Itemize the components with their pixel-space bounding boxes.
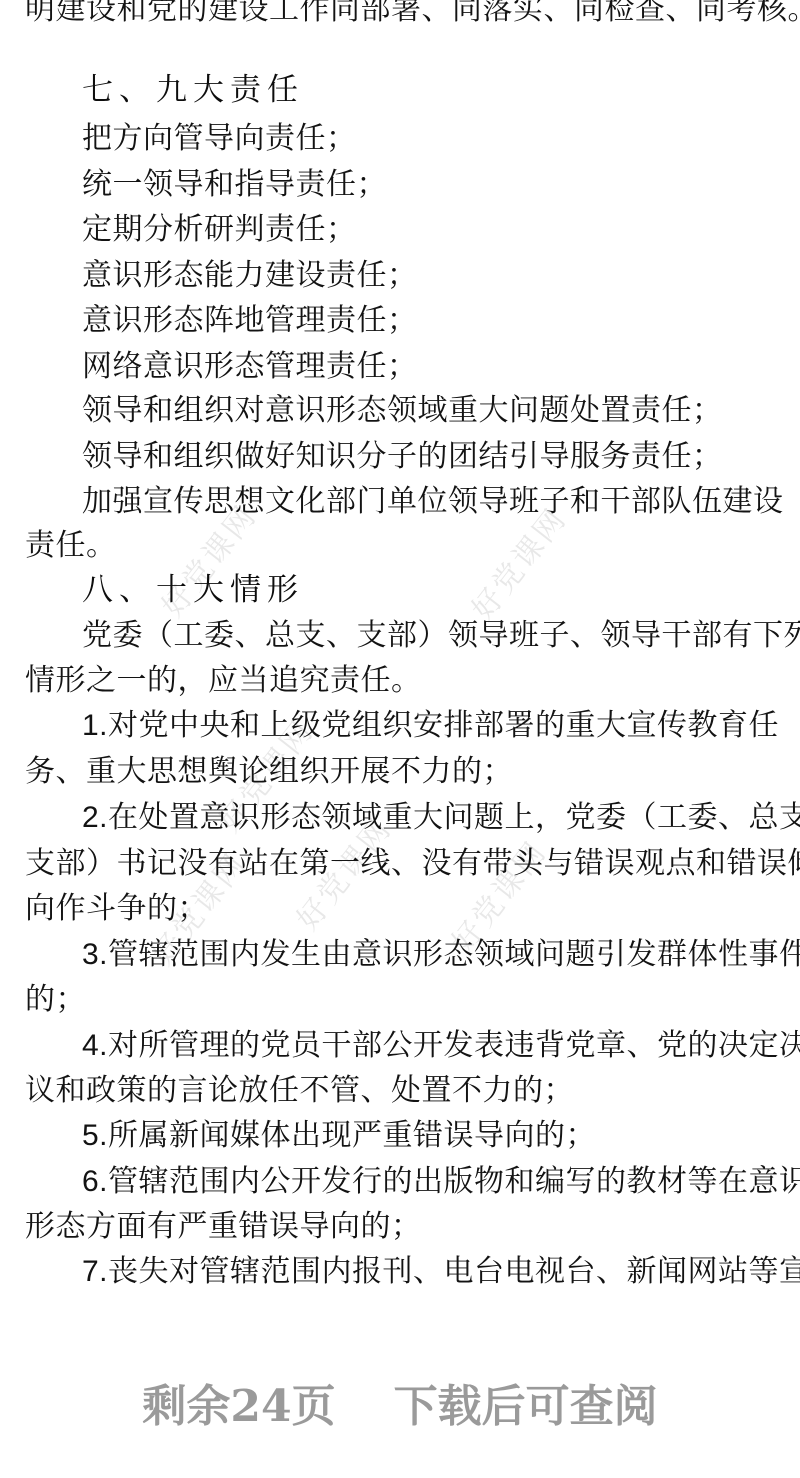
doc-line: 向作斗争的； (25, 890, 208, 928)
doc-line: 统一领导和指导责任； (82, 166, 387, 204)
doc-line: 情形之一的，应当追究责任。 (25, 662, 422, 700)
doc-line: 支部）书记没有站在第一线、没有带头与错误观点和错误倾 (25, 845, 800, 883)
doc-line: 责任。 (25, 527, 117, 565)
doc-line-cut-top: 明建设和党的建设工作同部署、同落实、同检查、同考核。 (25, 0, 800, 29)
doc-line-item-1: 1.对党中央和上级党组织安排部署的重大宣传教育任 (82, 707, 779, 745)
doc-line: 把方向管导向责任； (82, 120, 357, 158)
doc-line: 形态方面有严重错误导向的； (25, 1208, 422, 1246)
doc-line: 党委（工委、总支、支部）领导班子、领导干部有下列 (82, 617, 800, 655)
doc-line: 意识形态能力建设责任； (82, 257, 418, 295)
doc-line: 加强宣传思想文化部门单位领导班子和干部队伍建设 (82, 483, 784, 521)
doc-line-item-4: 4.对所管理的党员干部公开发表违背党章、党的决定决 (82, 1027, 800, 1065)
doc-line: 领导和组织对意识形态领域重大问题处置责任； (82, 392, 723, 430)
doc-line-item-3: 3.管辖范围内发生由意识形态领域问题引发群体性事件 (82, 936, 800, 974)
document-preview-page: 好党课网 好党课网 好党课网 好党课网 好党课网 好党课网 明建设和党的建设工作… (0, 0, 800, 1478)
doc-line-item-5: 5.所属新闻媒体出现严重错误导向的； (82, 1117, 596, 1155)
doc-line: 务、重大思想舆论组织开展不力的； (25, 753, 513, 791)
doc-line: 领导和组织做好知识分子的团结引导服务责任； (82, 438, 723, 476)
doc-line-item-2: 2.在处置意识形态领域重大问题上，党委（工委、总支、 (82, 799, 800, 837)
doc-line: 的； (25, 981, 86, 1019)
section-heading-nine-duties: 七、九大责任 (82, 71, 304, 109)
doc-line: 意识形态阵地管理责任； (82, 302, 418, 340)
document-body: 明建设和党的建设工作同部署、同落实、同检查、同考核。 七、九大责任 把方向管导向… (0, 0, 800, 1478)
section-heading-ten-situations: 八、十大情形 (82, 571, 304, 609)
remaining-pages-label: 剩余24页 (142, 1370, 335, 1434)
doc-line-item-6: 6.管辖范围内公开发行的出版物和编写的教材等在意识 (82, 1163, 800, 1201)
doc-line-item-7: 7.丧失对管辖范围内报刊、电台电视台、新闻网站等宣 (82, 1253, 800, 1291)
preview-footer: 剩余24页 下载后可查阅 (0, 1370, 800, 1434)
doc-line: 定期分析研判责任； (82, 211, 357, 249)
download-hint-label: 下载后可查阅 (394, 1370, 658, 1434)
doc-line: 议和政策的言论放任不管、处置不力的； (25, 1072, 574, 1110)
doc-line: 网络意识形态管理责任； (82, 348, 418, 386)
